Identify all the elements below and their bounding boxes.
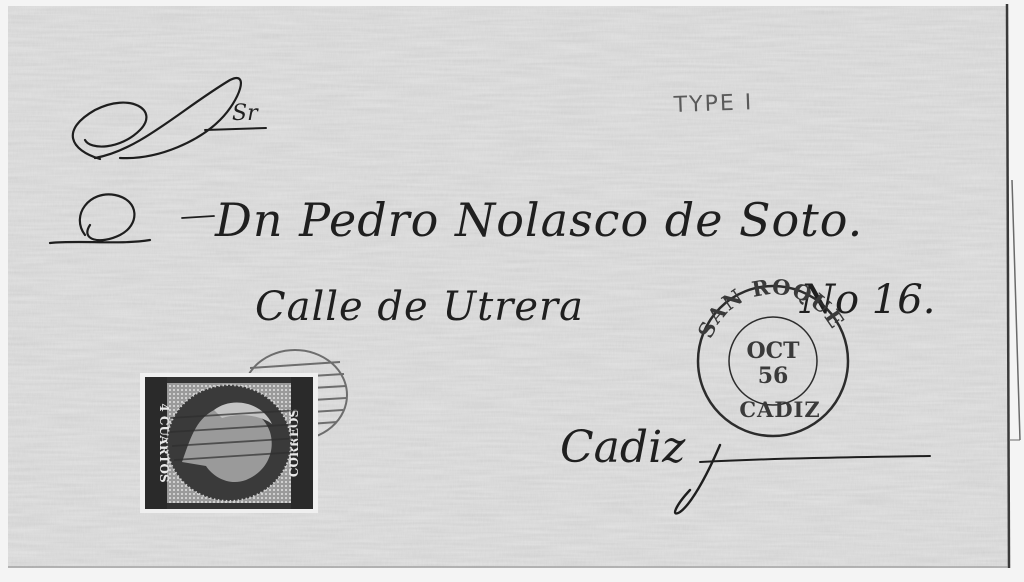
svg-text:Cadiz: Cadiz xyxy=(560,422,686,473)
pencil-annotation: TYPE I xyxy=(672,90,753,118)
svg-text:Dn Pedro Nolasco de Soto.: Dn Pedro Nolasco de Soto. xyxy=(214,193,863,247)
postmark-province: CADIZ xyxy=(739,397,820,422)
postmark-month: OCT xyxy=(746,338,800,364)
postage-stamp: 4 CUARTOS CORREOS xyxy=(140,373,318,513)
cover-photo: TYPE I Sr Dn Pedro Nolasco de Soto. Call… xyxy=(0,0,1024,582)
svg-text:Sr: Sr xyxy=(232,101,259,126)
postmark-year: 56 xyxy=(758,363,789,389)
svg-text:Calle de Utrera: Calle de Utrera xyxy=(255,284,584,330)
